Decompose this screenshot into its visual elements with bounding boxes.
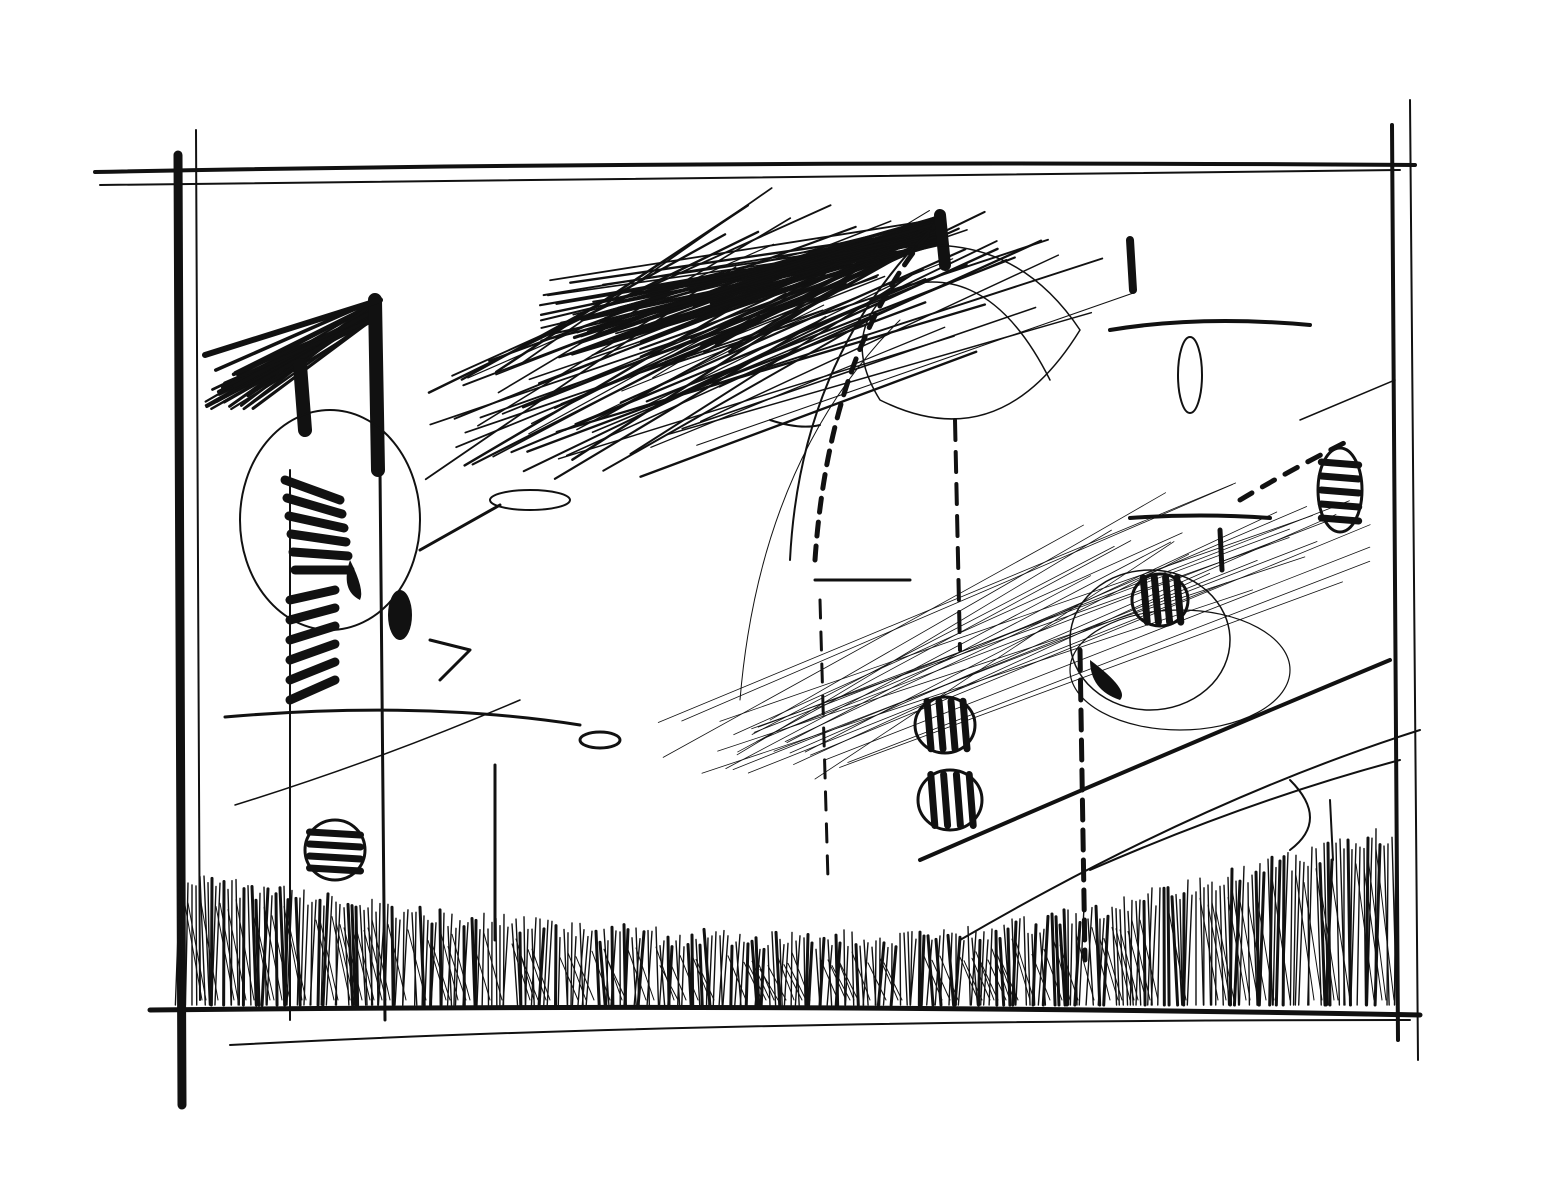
central-arc-figure: [740, 215, 1310, 880]
ground-hatching: [175, 824, 1396, 1005]
left-figure-stripes: [285, 480, 350, 700]
striped-pods: [305, 448, 1362, 880]
ink-sketch: [0, 0, 1544, 1200]
